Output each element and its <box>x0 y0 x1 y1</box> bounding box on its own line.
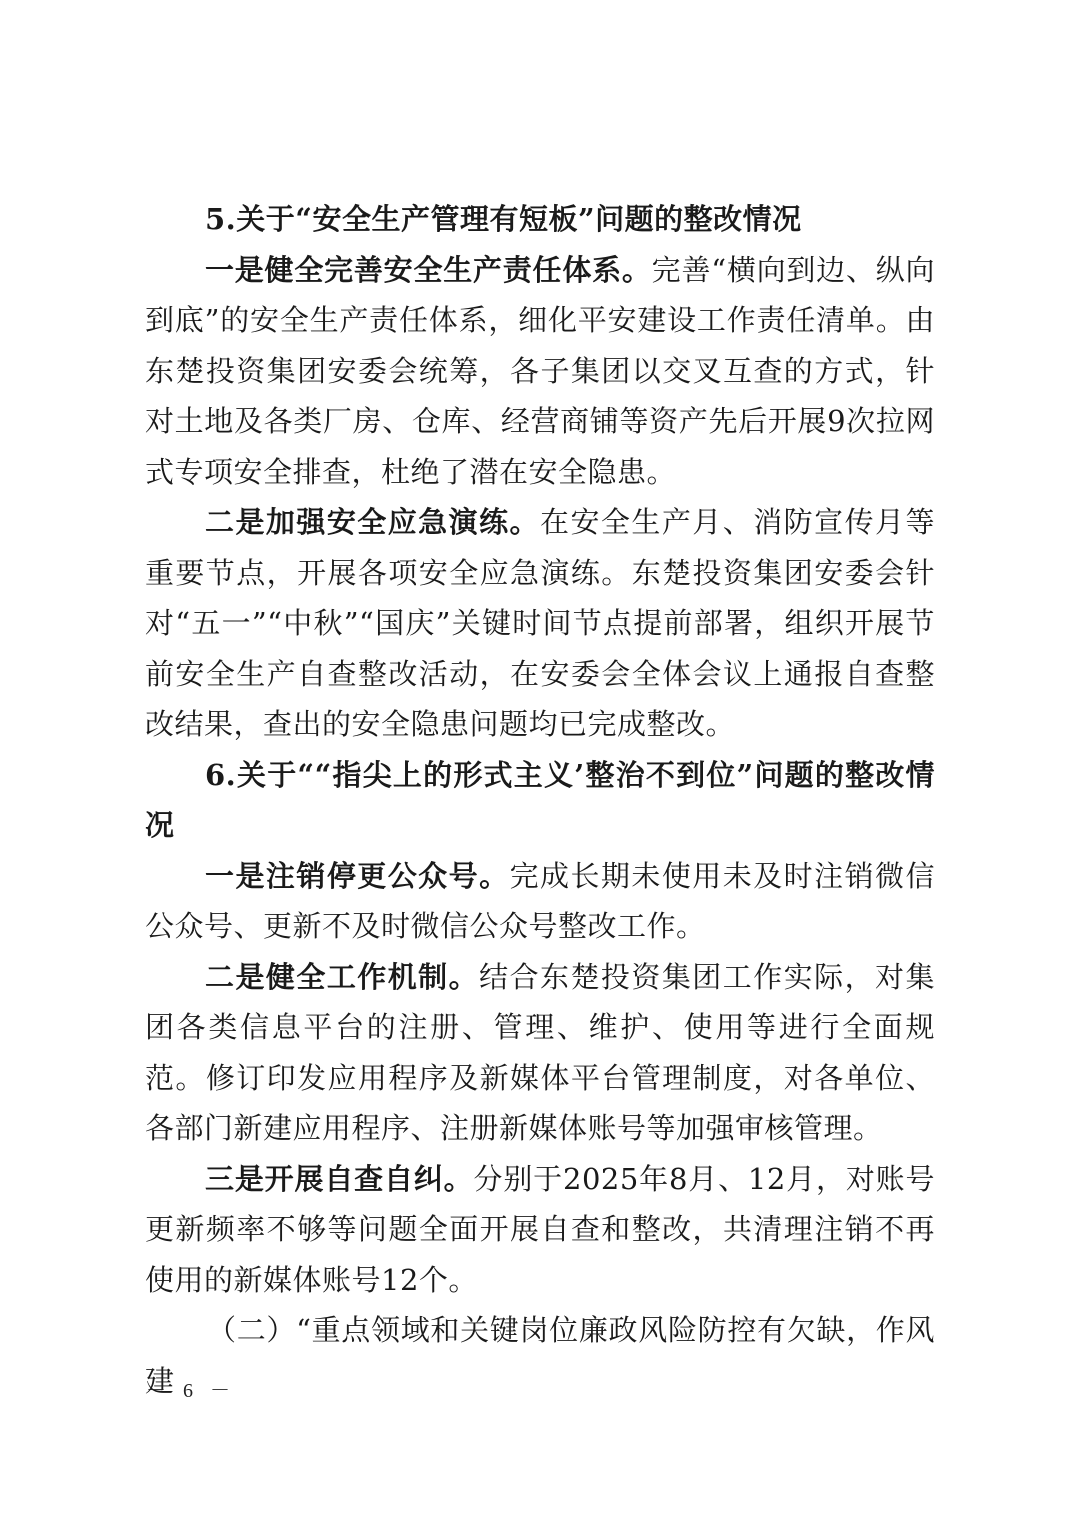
section-5-item-2: 二是加强安全应急演练。在安全生产月、消防宣传月等重要节点，开展各项安全应急演练。… <box>145 497 935 750</box>
page-number: － 6 － <box>146 1374 236 1403</box>
item-lead: 一是注销停更公众号。 <box>205 859 510 893</box>
document-page: 5.关于“安全生产管理有短板”问题的整改情况 一是健全完善安全生产责任体系。完善… <box>145 194 935 1406</box>
item-body: 完善“横向到边、纵向到底”的安全生产责任体系，细化平安建设工作责任清单。由东楚投… <box>145 253 935 489</box>
section-heading-5: 5.关于“安全生产管理有短板”问题的整改情况 <box>145 194 935 245</box>
item-lead: 二是健全工作机制。 <box>205 960 479 994</box>
item-lead: 三是开展自查自纠。 <box>205 1162 474 1196</box>
item-lead: 一是健全完善安全生产责任体系。 <box>205 253 652 287</box>
section-5-item-1: 一是健全完善安全生产责任体系。完善“横向到边、纵向到底”的安全生产责任体系，细化… <box>145 245 935 498</box>
section-6-item-1: 一是注销停更公众号。完成长期未使用未及时注销微信公众号、更新不及时微信公众号整改… <box>145 851 935 952</box>
section-6-item-2: 二是健全工作机制。结合东楚投资集团工作实际，对集团各类信息平台的注册、管理、维护… <box>145 952 935 1154</box>
section-heading-6: 6.关于““指尖上的形式主义’整治不到位”问题的整改情况 <box>145 750 935 851</box>
item-lead: 二是加强安全应急演练。 <box>205 505 540 539</box>
trailing-paragraph: （二）“重点领域和关键岗位廉政风险防控有欠缺，作风建 <box>145 1305 935 1406</box>
section-6-item-3: 三是开展自查自纠。分别于2025年8月、12月，对账号更新频率不够等问题全面开展… <box>145 1154 935 1306</box>
item-body: 在安全生产月、消防宣传月等重要节点，开展各项安全应急演练。东楚投资集团安委会针对… <box>145 505 935 741</box>
